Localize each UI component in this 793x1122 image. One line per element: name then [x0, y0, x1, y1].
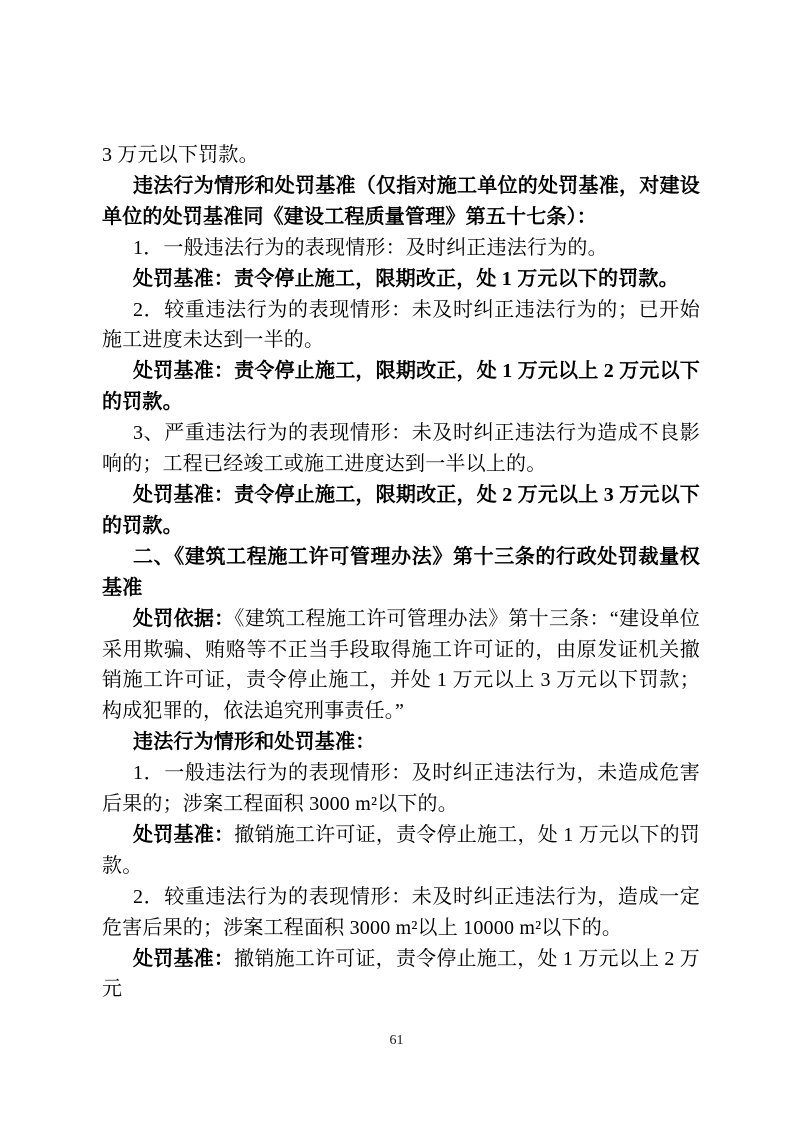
paragraph: 违法行为情形和处罚基准：	[102, 727, 700, 758]
paragraph: 处罚基准：责令停止施工，限期改正，处 2 万元以上 3 万元以下的罚款。	[102, 480, 700, 542]
paragraph: 违法行为情形和处罚基准（仅指对施工单位的处罚基准，对建设单位的处罚基准同《建设工…	[102, 171, 700, 233]
paragraph: 2．较重违法行为的表现情形：未及时纠正违法行为的；已开始施工进度未达到一半的。	[102, 295, 700, 357]
paragraph: 处罚基准：责令停止施工，限期改正，处 1 万元以下的罚款。	[102, 264, 700, 295]
paragraph: 3 万元以下罚款。	[102, 140, 700, 171]
text-run: 处罚基准：责令停止施工，限期改正，处 1 万元以下的罚款。	[133, 268, 679, 290]
text-run: 违法行为情形和处罚基准：	[133, 731, 375, 753]
text-run: 处罚基准：	[133, 948, 234, 970]
paragraph: 处罚基准：责令停止施工，限期改正，处 1 万元以上 2 万元以下的罚款。	[102, 356, 700, 418]
text-run: 处罚基准：责令停止施工，限期改正，处 2 万元以上 3 万元以下的罚款。	[102, 484, 700, 537]
document-body: 3 万元以下罚款。违法行为情形和处罚基准（仅指对施工单位的处罚基准，对建设单位的…	[102, 140, 700, 1005]
text-run: 3 万元以下罚款。	[102, 144, 259, 166]
paragraph: 1．一般违法行为的表现情形：及时纠正违法行为，未造成危害后果的；涉案工程面积 3…	[102, 758, 700, 820]
text-run: 3、严重违法行为的表现情形：未及时纠正违法行为造成不良影响的；工程已经竣工或施工…	[102, 422, 700, 475]
text-run: 1．一般违法行为的表现情形：及时纠正违法行为的。	[133, 237, 608, 259]
text-run: 2．较重违法行为的表现情形：未及时纠正违法行为的；已开始施工进度未达到一半的。	[102, 299, 700, 352]
page-footer: 61	[0, 1033, 793, 1049]
paragraph: 1．一般违法行为的表现情形：及时纠正违法行为的。	[102, 233, 700, 264]
paragraph: 二、《建筑工程施工许可管理办法》第十三条的行政处罚裁量权基准	[102, 542, 700, 604]
paragraph: 处罚依据：《建筑工程施工许可管理办法》第十三条：“建设单位采用欺骗、贿赂等不正当…	[102, 604, 700, 728]
text-run: 2．较重违法行为的表现情形：未及时纠正违法行为，造成一定危害后果的；涉案工程面积…	[102, 886, 700, 939]
paragraph: 处罚基准：撤销施工许可证，责令停止施工，处 1 万元以下的罚款。	[102, 820, 700, 882]
text-run: 处罚基准：	[133, 824, 234, 846]
page-number: 61	[390, 1033, 404, 1048]
text-run: 处罚基准：责令停止施工，限期改正，处 1 万元以上 2 万元以下的罚款。	[102, 360, 700, 413]
paragraph: 2．较重违法行为的表现情形：未及时纠正违法行为，造成一定危害后果的；涉案工程面积…	[102, 882, 700, 944]
text-run: 处罚依据：	[133, 608, 234, 630]
text-run: 二、《建筑工程施工许可管理办法》第十三条的行政处罚裁量权基准	[102, 546, 700, 599]
text-run: 1．一般违法行为的表现情形：及时纠正违法行为，未造成危害后果的；涉案工程面积 3…	[102, 762, 700, 815]
document-page: 3 万元以下罚款。违法行为情形和处罚基准（仅指对施工单位的处罚基准，对建设单位的…	[0, 0, 793, 1122]
paragraph: 处罚基准：撤销施工许可证，责令停止施工，处 1 万元以上 2 万元	[102, 944, 700, 1006]
paragraph: 3、严重违法行为的表现情形：未及时纠正违法行为造成不良影响的；工程已经竣工或施工…	[102, 418, 700, 480]
text-run: 违法行为情形和处罚基准（仅指对施工单位的处罚基准，对建设单位的处罚基准同《建设工…	[102, 175, 700, 228]
